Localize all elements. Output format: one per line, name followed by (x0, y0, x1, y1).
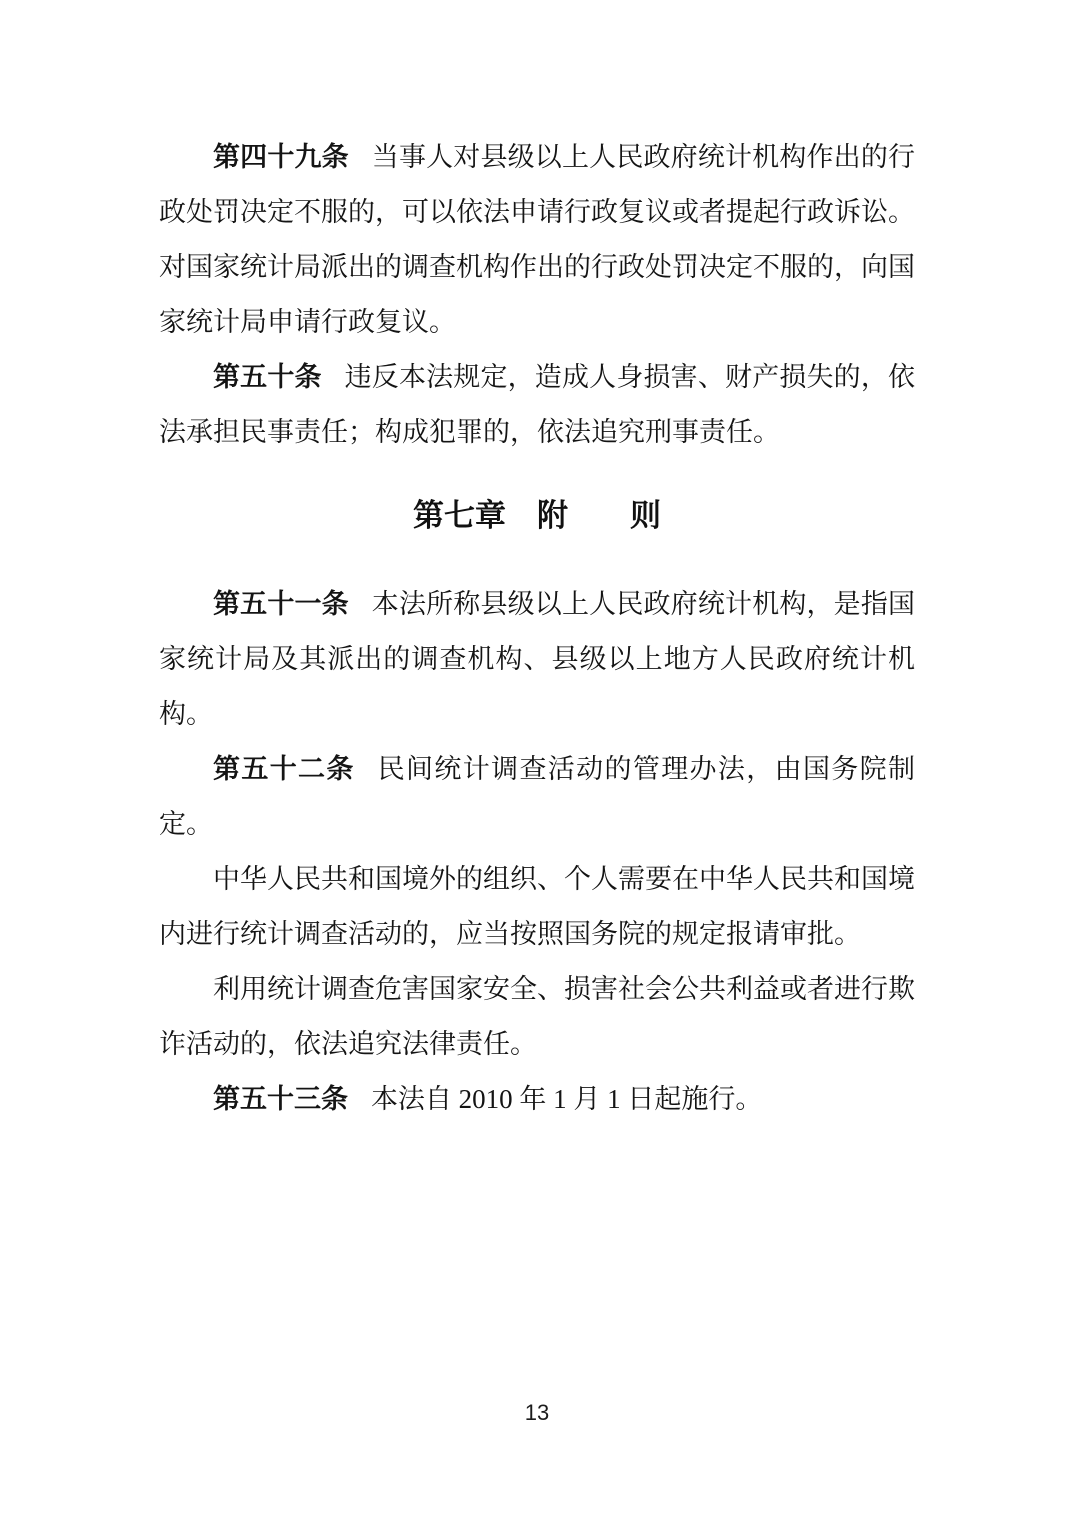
article-51-paragraph: 第五十一条本法所称县级以上人民政府统计机构，是指国家统计局及其派出的调查机构、县… (159, 577, 915, 742)
article-53-text: 本法自 2010 年 1 月 1 日起施行。 (371, 1084, 763, 1114)
article-49-number: 第四十九条 (213, 142, 349, 172)
article-52-number: 第五十二条 (213, 754, 355, 784)
document-page: 第四十九条当事人对县级以上人民政府统计机构作出的行政处罚决定不服的，可以依法申请… (0, 0, 1074, 1520)
article-52-paragraph: 第五十二条民间统计调查活动的管理办法，由国务院制定。 (159, 742, 915, 852)
article-53-number: 第五十三条 (213, 1084, 348, 1114)
page-footer: 13 (0, 1398, 1074, 1428)
chapter-7-heading: 第七章 附 则 (159, 488, 915, 543)
article-53-paragraph: 第五十三条本法自 2010 年 1 月 1 日起施行。 (159, 1072, 915, 1127)
article-52-clause-2-paragraph: 中华人民共和国境外的组织、个人需要在中华人民共和国境内进行统计调查活动的，应当按… (159, 852, 915, 962)
article-50-paragraph: 第五十条违反本法规定，造成人身损害、财产损失的，依法承担民事责任；构成犯罪的，依… (159, 350, 915, 460)
article-52-clause-3-text: 利用统计调查危害国家安全、损害社会公共利益或者进行欺诈活动的，依法追究法律责任。 (159, 974, 915, 1059)
article-52-clause-3-paragraph: 利用统计调查危害国家安全、损害社会公共利益或者进行欺诈活动的，依法追究法律责任。 (159, 962, 915, 1072)
article-52-clause-2-text: 中华人民共和国境外的组织、个人需要在中华人民共和国境内进行统计调查活动的，应当按… (159, 864, 915, 949)
article-51-number: 第五十一条 (213, 589, 349, 619)
article-50-number: 第五十条 (213, 362, 322, 392)
page-number: 13 (525, 1400, 549, 1425)
article-49-paragraph: 第四十九条当事人对县级以上人民政府统计机构作出的行政处罚决定不服的，可以依法申请… (159, 130, 915, 350)
document-body: 第四十九条当事人对县级以上人民政府统计机构作出的行政处罚决定不服的，可以依法申请… (159, 130, 915, 1127)
